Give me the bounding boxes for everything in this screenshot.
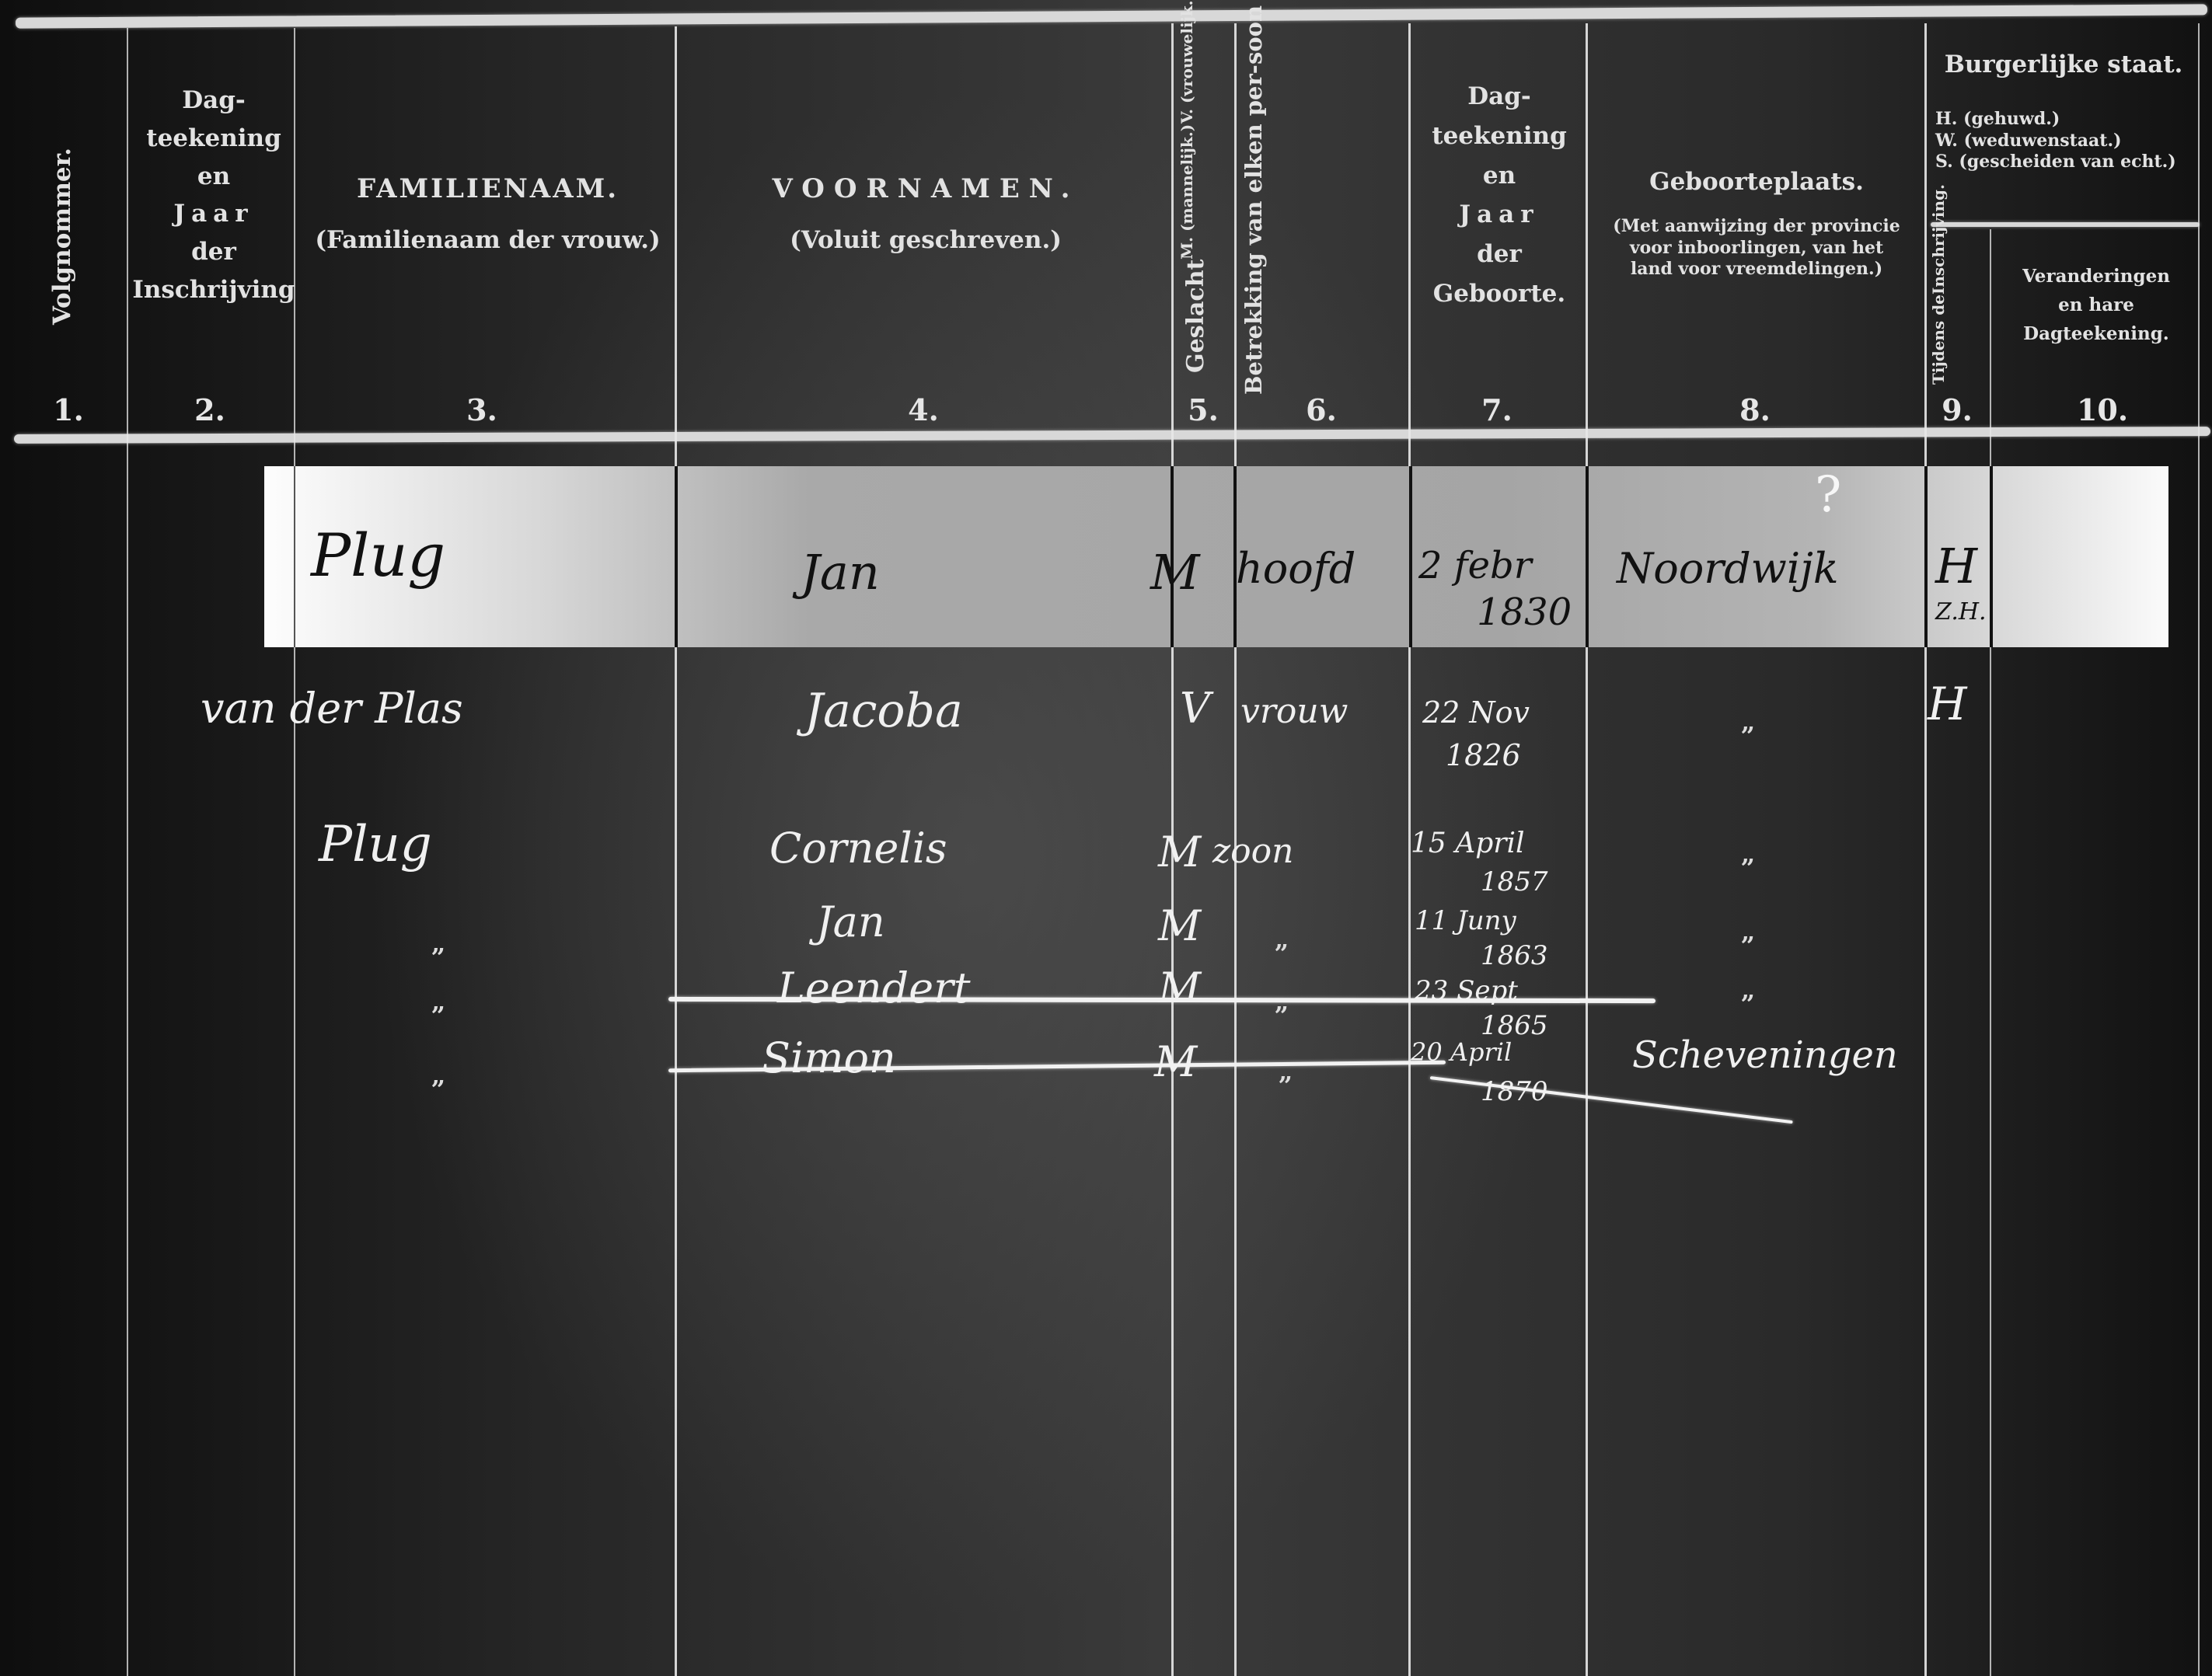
- entry-geboorte-dag: 15 April: [1411, 828, 1525, 859]
- hl-column-rule: [1990, 466, 1993, 647]
- entry-geboorteplaats: Noordwijk: [1617, 544, 1839, 593]
- right-border-rule: [2198, 23, 2200, 1676]
- entry-geboorte-jaar: 1865: [1481, 1010, 1548, 1041]
- col3-header-subtitle: (Familienaam der vrouw.): [299, 225, 676, 256]
- entry-geslacht: M: [1158, 963, 1201, 1012]
- col2-header-line: teekening: [132, 124, 295, 154]
- hl-column-rule: [1409, 466, 1412, 647]
- entry-familienaam: van der Plas: [201, 684, 463, 733]
- column-rule-1-2: [127, 28, 128, 1676]
- column-rule-3-4: [675, 26, 677, 1676]
- col1-header: Volgnommer.: [48, 148, 76, 325]
- entry-geslacht: V: [1180, 684, 1210, 733]
- col7-header-line: der: [1413, 239, 1586, 270]
- entry-geslacht: M: [1158, 901, 1201, 950]
- entry-familienaam: „: [431, 987, 445, 1016]
- col5-option-v: V. (vrouwelijk.): [1178, 0, 1196, 124]
- entry-geboorte-jaar: 1826: [1446, 738, 1521, 772]
- entry-betrekking: „: [1275, 925, 1289, 954]
- col-number: 8.: [1739, 392, 1771, 427]
- civil-status-code: S. (gescheiden van echt.): [1935, 152, 2200, 173]
- entry-geboorte-jaar: 1857: [1481, 866, 1548, 897]
- hl-column-rule: [1924, 466, 1928, 647]
- entry-voornamen: Cornelis: [769, 824, 947, 873]
- entry-geboorte-dag: 11 Juny: [1415, 905, 1516, 936]
- col-number: 3.: [466, 392, 497, 427]
- entry-burgerlijke-staat: H: [1935, 538, 1977, 594]
- entry-geboorte-dag: 2 febr: [1418, 544, 1532, 587]
- entry-voornamen: Jacoba: [804, 684, 963, 738]
- column-rule-7-8: [1586, 23, 1588, 1676]
- entry-geslacht: M: [1154, 1037, 1197, 1086]
- entry-burgerlijke-staat: H: [1928, 678, 1967, 730]
- entry-geboorte-jaar: 1830: [1477, 591, 1572, 634]
- col8-header-subtitle: (Met aanwijzing der provincie voor inboo…: [1589, 216, 1924, 280]
- col10-header-line: Dagteekening.: [1994, 320, 2198, 349]
- col-number: 4.: [908, 392, 939, 427]
- col2-header-line: Dag-: [132, 85, 295, 116]
- entry-geslacht: M: [1158, 828, 1201, 876]
- entry-voornamen: Simon: [762, 1033, 896, 1082]
- entry-betrekking: vrouw: [1240, 692, 1348, 731]
- entry-geboorteplaats: „: [1741, 917, 1755, 946]
- col4-header-title: VOORNAMEN.: [680, 172, 1171, 206]
- col6-header-line: Betrekking van elken per-: [1240, 64, 1267, 395]
- col-number: 10.: [2077, 392, 2128, 427]
- col-number: 1.: [53, 392, 84, 427]
- col7-header-line: teekening: [1413, 121, 1586, 152]
- entry-voornamen: Jan: [801, 544, 880, 601]
- hl-column-rule: [1586, 466, 1589, 647]
- hl-column-rule: [294, 466, 295, 647]
- col-number: 7.: [1481, 392, 1512, 427]
- highlighted-entry-row[interactable]: Plug Jan M hoofd 2 febr 1830 Noordwijk Z…: [264, 466, 2168, 647]
- col6-header: Betrekking van elken per- soon tot het h…: [1240, 30, 1267, 395]
- col9-header-line: Inschrijving.: [1929, 184, 1948, 294]
- col7-header-line: Jaar: [1413, 200, 1586, 230]
- col9-header: Tijdens de Inschrijving.: [1929, 237, 1948, 385]
- civil-status-code: W. (weduwenstaat.): [1935, 131, 2200, 152]
- entry-geboorteplaats-note: Z.H.: [1935, 598, 1987, 625]
- top-border-rule: [16, 4, 2207, 28]
- col8-header-title: Geboorteplaats.: [1589, 167, 1924, 197]
- col10-header-line: Veranderingen: [1994, 263, 2198, 291]
- col5-header-title: Geslacht: [1182, 260, 1209, 373]
- civil-status-title: Burgerlijke staat.: [1929, 50, 2198, 80]
- col8-subtitle-line: voor inboorlingen, van het: [1589, 238, 1924, 260]
- entry-geslacht: M: [1150, 544, 1199, 601]
- col2-header: Dag- teekening en Jaar der Inschrijving: [132, 85, 295, 305]
- col2-header-line: en: [132, 162, 295, 192]
- entry-betrekking: „: [1279, 1057, 1293, 1086]
- col5-option-m: M. (mannelijk.): [1178, 124, 1199, 259]
- col2-header-line: der: [132, 237, 295, 267]
- entry-familienaam: Plug: [319, 816, 432, 873]
- col5-header: Geslacht M. (mannelijk.) V. (vrouwelijk.…: [1178, 31, 1209, 373]
- entry-voornamen: Jan: [816, 897, 885, 946]
- entry-betrekking: zoon: [1212, 831, 1294, 871]
- col7-header-line: Geboorte.: [1413, 279, 1586, 309]
- entry-betrekking: hoofd: [1236, 544, 1355, 593]
- civil-status-codes: H. (gehuwd.) W. (weduwenstaat.) S. (gesc…: [1935, 109, 2200, 173]
- entry-geboorteplaats: „: [1741, 975, 1755, 1005]
- col-number: 6.: [1306, 392, 1337, 427]
- column-rule-9-10: [1990, 229, 1991, 1676]
- entry-familienaam: Plug: [311, 521, 445, 590]
- col8-subtitle-line: land voor vreemdelingen.): [1589, 259, 1924, 280]
- col2-header-line: Inschrijving: [132, 275, 295, 305]
- col5-header-options: M. (mannelijk.) V. (vrouwelijk.): [1178, 0, 1199, 260]
- col7-header: Dag- teekening en Jaar der Geboorte.: [1413, 82, 1586, 309]
- col-number: 2.: [194, 392, 225, 427]
- entry-geboorteplaats: „: [1741, 839, 1755, 869]
- col7-header-line: Dag-: [1413, 82, 1586, 112]
- civil-status-divider: [1931, 222, 2200, 227]
- col10-header: Veranderingen en hare Dagteekening.: [1994, 263, 2198, 348]
- entry-geboorteplaats: Scheveningen: [1632, 1033, 1898, 1077]
- col9-header-line: Tijdens de: [1929, 294, 1948, 385]
- column-rule-8-9: [1924, 23, 1927, 1676]
- entry-geboorte-dag: 22 Nov: [1422, 695, 1530, 730]
- entry-voornamen: Leendert: [777, 963, 971, 1012]
- civil-status-code: H. (gehuwd.): [1935, 109, 2200, 131]
- col-number: 9.: [1942, 392, 1973, 427]
- entry-familienaam: „: [431, 929, 445, 958]
- col10-header-line: en hare: [1994, 291, 2198, 320]
- col3-header-title: FAMILIENAAM.: [299, 172, 676, 206]
- entry-familienaam: „: [431, 1061, 445, 1090]
- col8-subtitle-line: (Met aanwijzing der provincie: [1589, 216, 1924, 238]
- col6-header-line: soon tot het hoofd van: [1240, 0, 1267, 64]
- col-number: 5.: [1188, 392, 1219, 427]
- col2-header-line: Jaar: [132, 199, 295, 229]
- col7-header-line: en: [1413, 161, 1586, 191]
- col4-header-subtitle: (Voluit geschreven.): [680, 225, 1171, 256]
- header-bottom-rule: [14, 427, 2210, 444]
- entry-geboorteplaats: „: [1741, 707, 1755, 737]
- entry-geboorte-jaar: 1863: [1481, 940, 1548, 971]
- question-mark: ?: [1815, 466, 1841, 524]
- hl-column-rule: [675, 466, 678, 647]
